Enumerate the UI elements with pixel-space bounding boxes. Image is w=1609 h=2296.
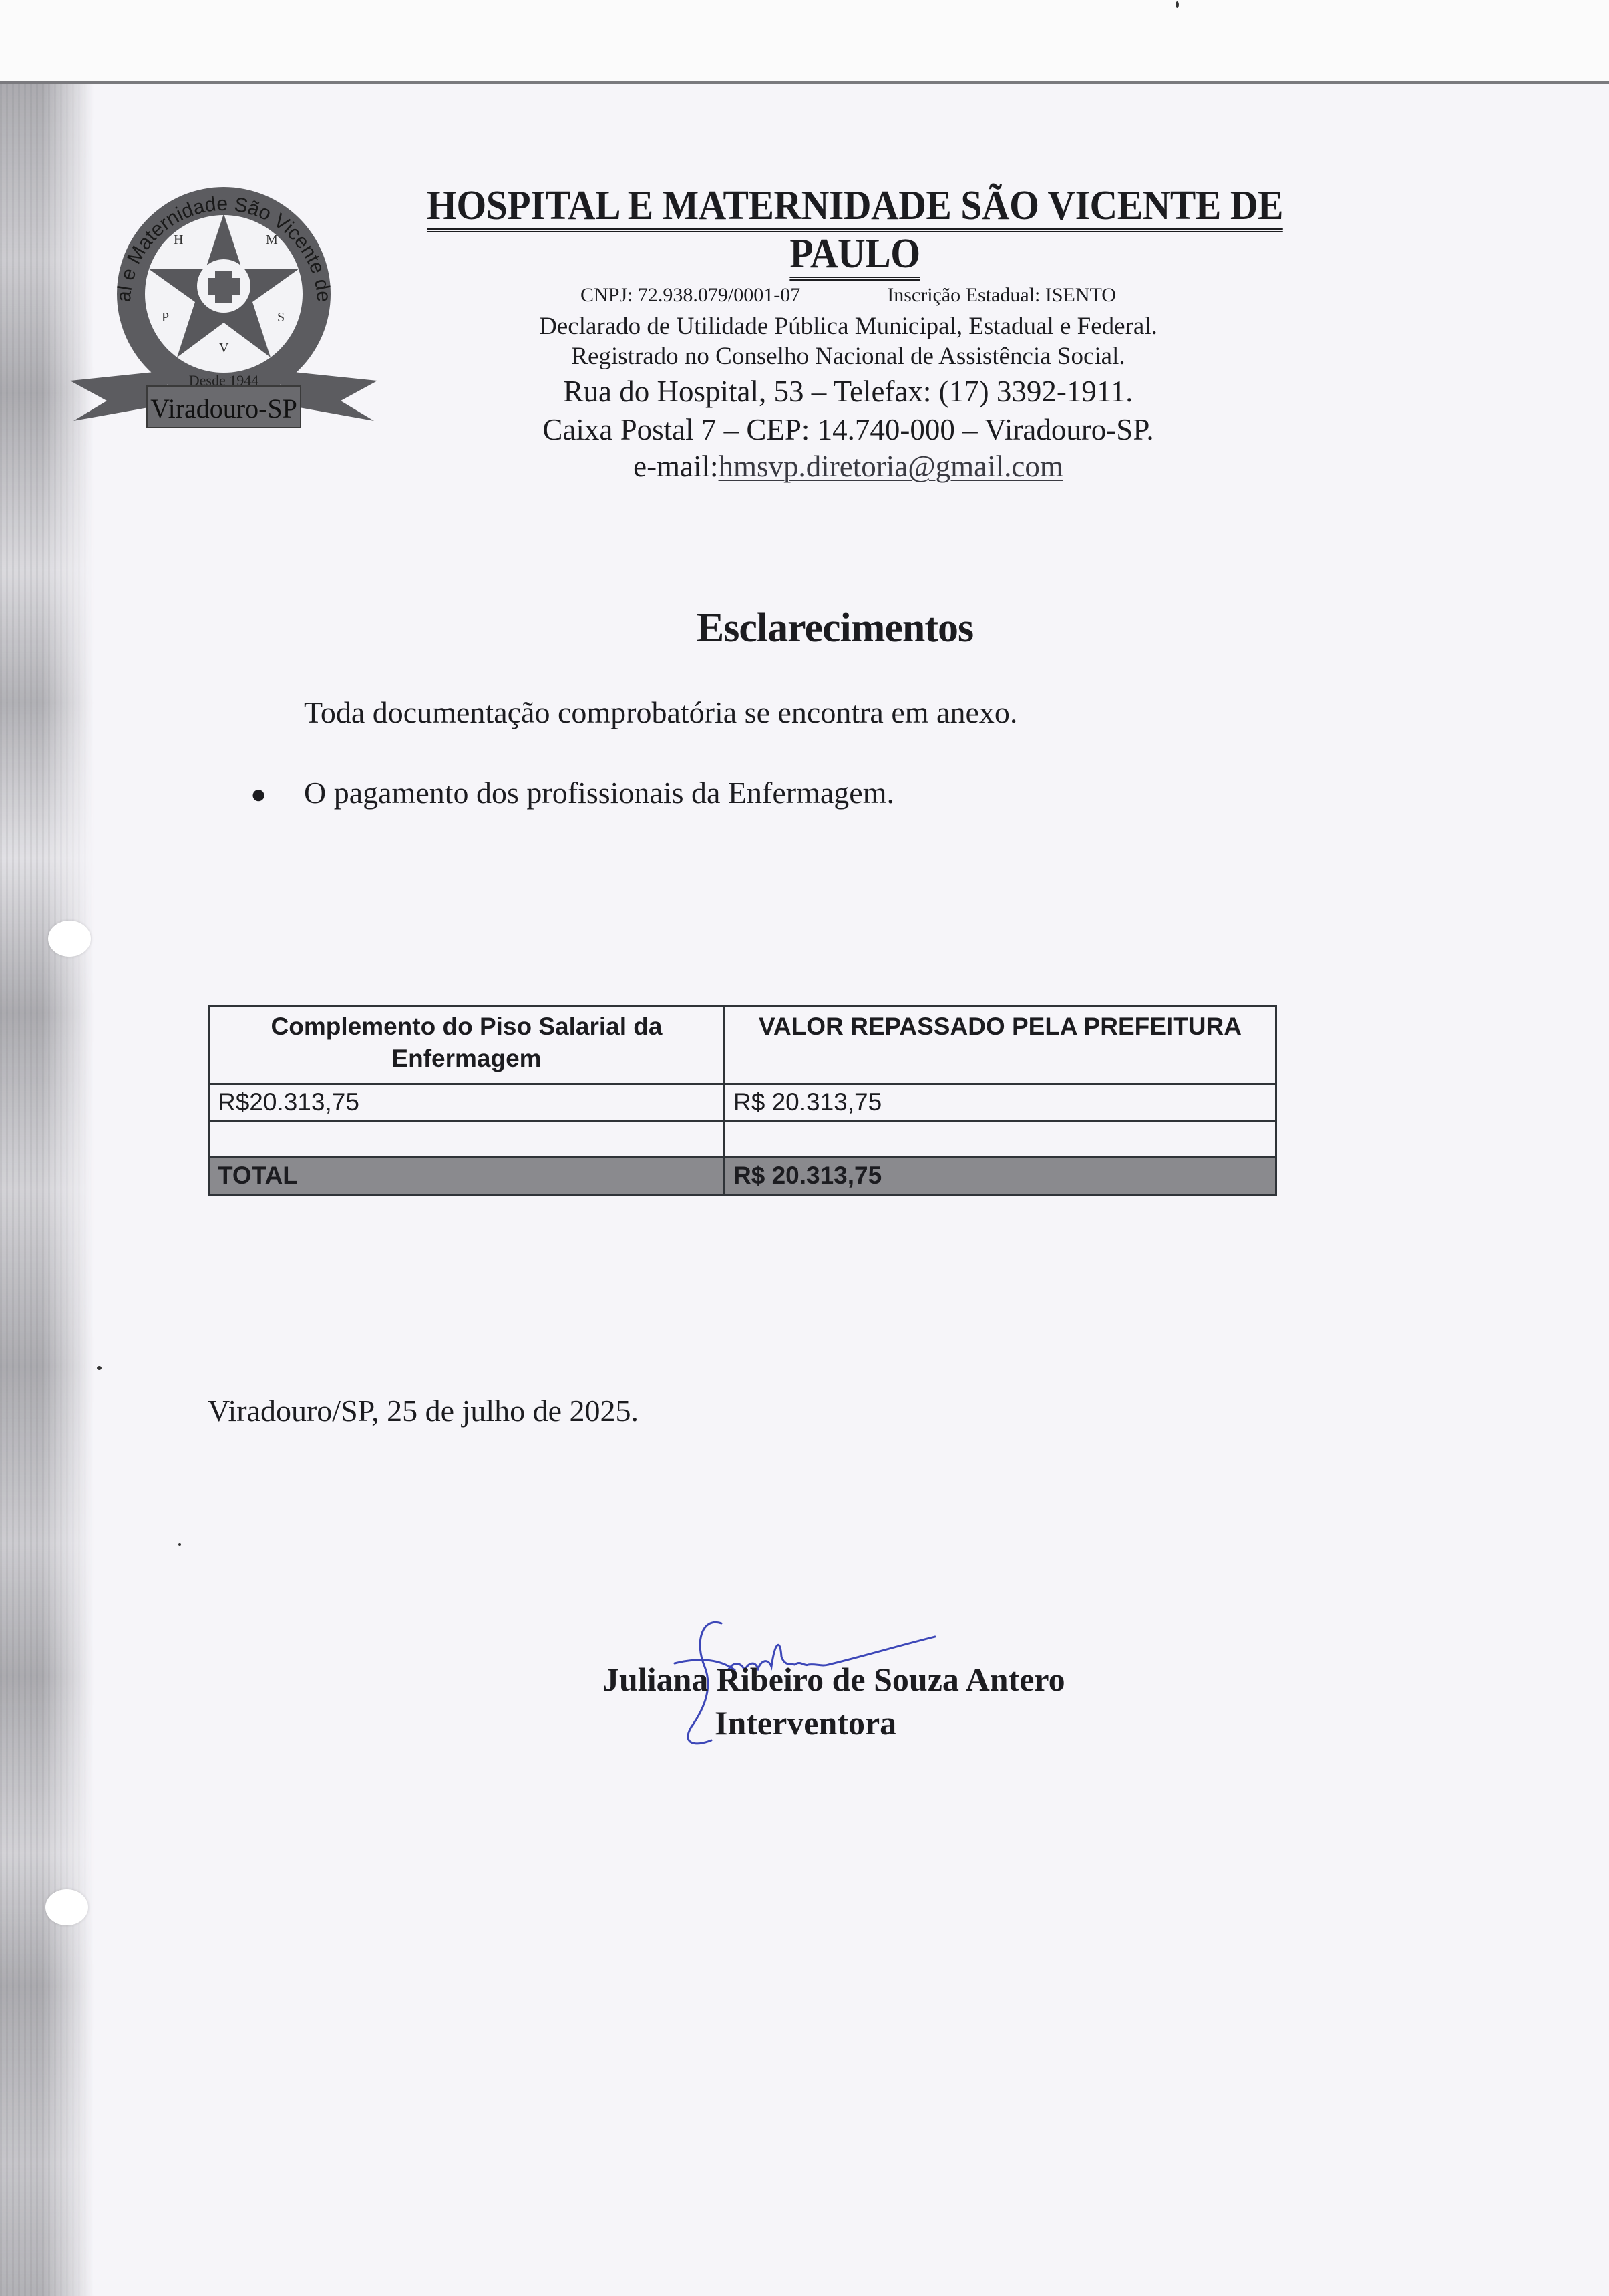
logo-letter-h: H: [174, 232, 183, 247]
state-registration-text: Inscrição Estadual: ISENTO: [887, 284, 1116, 306]
total-label: TOTAL: [209, 1158, 725, 1196]
scan-speck: [97, 1366, 102, 1370]
attachment-paragraph: Toda documentação comprobatória se encon…: [304, 695, 1017, 730]
date-location-line: Viradouro/SP, 25 de julho de 2025.: [208, 1393, 639, 1428]
cell-piso-value: R$20.313,75: [209, 1084, 725, 1121]
registration-ids: CNPJ: 72.938.079/0001-07Inscrição Estadu…: [414, 284, 1282, 307]
punch-hole-bottom: [45, 1889, 88, 1925]
bullet-icon: ●: [250, 775, 304, 814]
svg-text:Viradouro-SP: Viradouro-SP: [150, 393, 297, 424]
scanner-top-strip: [0, 0, 1609, 84]
signatory-role: Interventora: [715, 1703, 896, 1742]
table-row: R$20.313,75 R$ 20.313,75: [209, 1084, 1276, 1121]
header-valor-repassado: VALOR REPASSADO PELA PREFEITURA: [725, 1006, 1276, 1084]
hospital-name-line2: PAULO: [789, 231, 920, 281]
table-header-row: Complemento do Piso Salarial da Enfermag…: [209, 1006, 1276, 1084]
postal-box-cep: Caixa Postal 7 – CEP: 14.740-000 – Virad…: [414, 412, 1282, 447]
svg-text:Desde 1944: Desde 1944: [189, 372, 258, 389]
values-table: Complemento do Piso Salarial da Enfermag…: [208, 1005, 1277, 1196]
logo-letter-m: M: [266, 232, 278, 247]
scan-speck: [178, 1543, 181, 1546]
council-registration: Registrado no Conselho Nacional de Assis…: [414, 342, 1282, 371]
logo-letter-v: V: [219, 341, 229, 355]
document-title: Esclarecimentos: [468, 605, 1202, 652]
signatory-name: Juliana Ribeiro de Souza Antero: [602, 1660, 1065, 1699]
header-piso-salarial: Complemento do Piso Salarial da Enfermag…: [209, 1006, 725, 1084]
bullet-list-item: ● O pagamento dos profissionais da Enfer…: [250, 775, 894, 814]
punch-hole-top: [48, 921, 91, 957]
logo-letter-p: P: [162, 310, 169, 325]
hospital-logo-icon: Hospital e Maternidade São Vicente de Pa…: [67, 150, 381, 444]
table-row-empty: [209, 1121, 1276, 1158]
total-value: R$ 20.313,75: [725, 1158, 1276, 1196]
hospital-name-heading: HOSPITAL E MATERNIDADE SÃO VICENTE DE PA…: [371, 182, 1340, 278]
cell-empty-2: [725, 1121, 1276, 1158]
logo-letter-s: S: [277, 310, 285, 325]
table-total-row: TOTAL R$ 20.313,75: [209, 1158, 1276, 1196]
email-label: e-mail:: [633, 450, 718, 483]
hospital-name-line1: HOSPITAL E MATERNIDADE SÃO VICENTE DE: [427, 183, 1283, 232]
address-phone: Rua do Hospital, 53 – Telefax: (17) 3392…: [414, 374, 1282, 409]
email-line: e-mail:hmsvp.diretoria@gmail.com: [414, 449, 1282, 484]
cell-empty-1: [209, 1121, 725, 1158]
email-link[interactable]: hmsvp.diretoria@gmail.com: [719, 450, 1063, 483]
public-utility-declaration: Declarado de Utilidade Pública Municipal…: [414, 312, 1282, 341]
cnpj-text: CNPJ: 72.938.079/0001-07: [580, 284, 800, 306]
cell-repassado-value: R$ 20.313,75: [725, 1084, 1276, 1121]
scan-speck: [1176, 1, 1179, 8]
bullet-text: O pagamento dos profissionais da Enferma…: [304, 775, 894, 814]
